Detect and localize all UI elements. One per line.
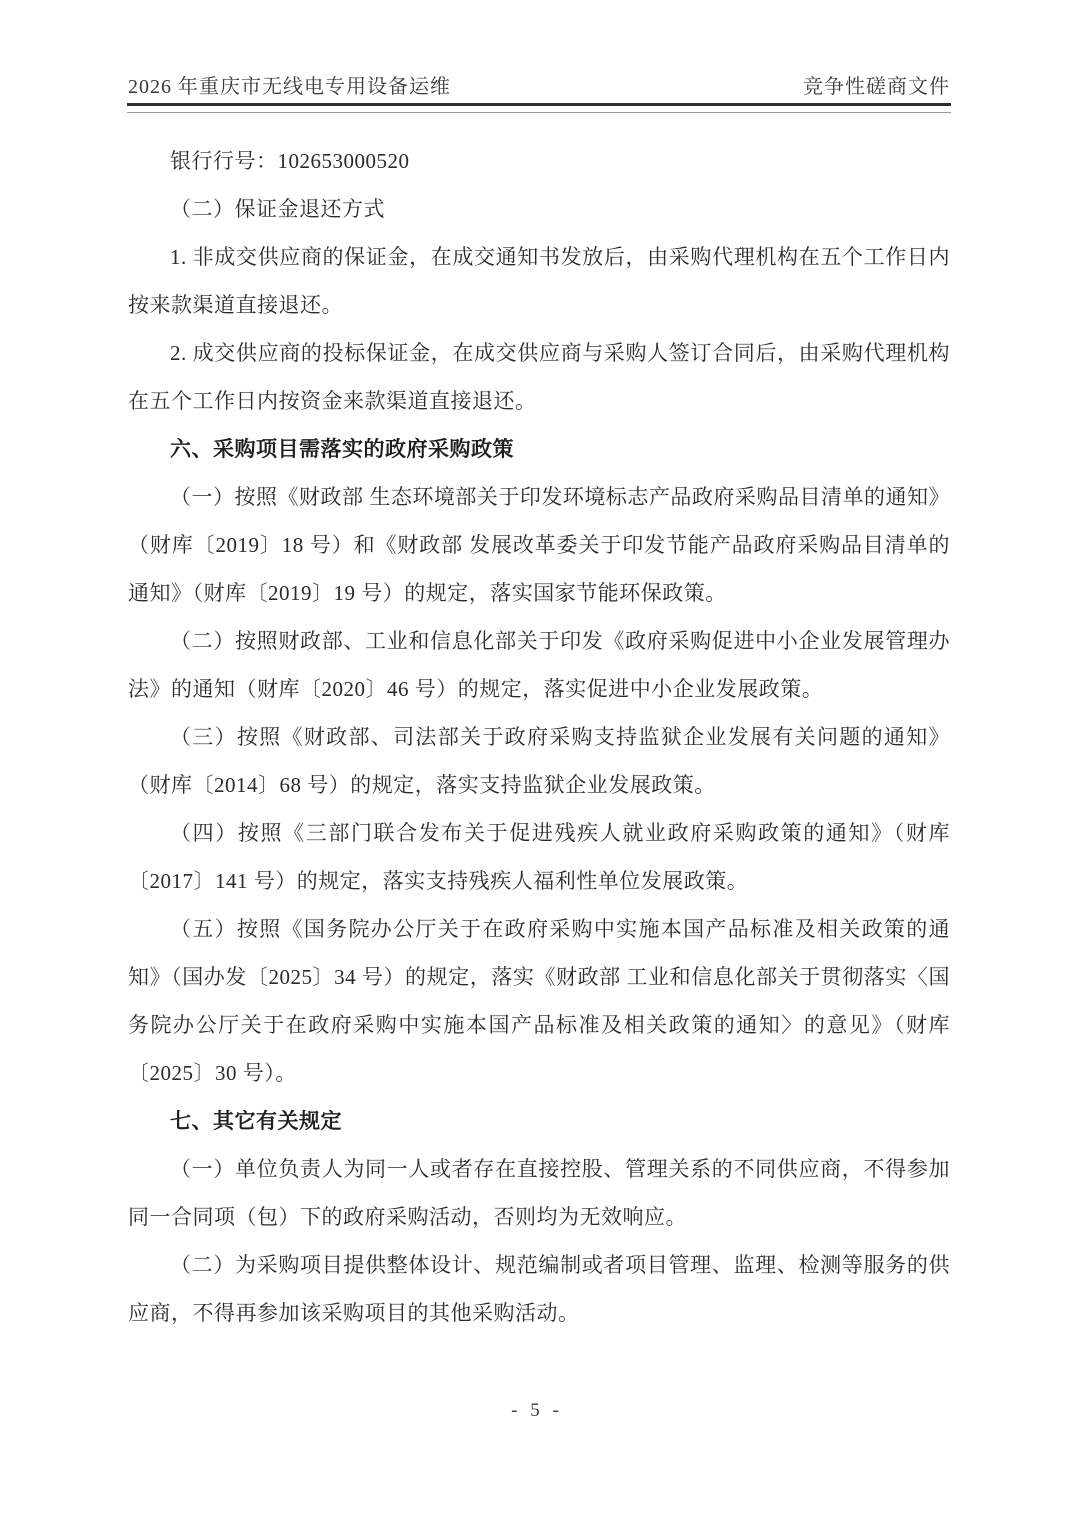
body-paragraph: （三）按照《财政部、司法部关于政府采购支持监狱企业发展有关问题的通知》（财库〔2… [128,713,950,809]
document-page: 2026 年重庆市无线电专用设备运维 竞争性磋商文件 银行行号：10265300… [0,0,1074,1520]
body-paragraph: （一）按照《财政部 生态环境部关于印发环境标志产品政府采购品目清单的通知》（财库… [128,473,950,617]
section-heading: 七、其它有关规定 [128,1097,950,1145]
body-paragraph: （二）保证金退还方式 [128,185,950,233]
body-paragraph: 2. 成交供应商的投标保证金，在成交供应商与采购人签订合同后，由采购代理机构在五… [128,329,950,425]
document-body: 银行行号：102653000520（二）保证金退还方式1. 非成交供应商的保证金… [128,137,950,1337]
body-paragraph: 银行行号：102653000520 [128,137,950,185]
body-paragraph: （二）按照财政部、工业和信息化部关于印发《政府采购促进中小企业发展管理办法》的通… [128,617,950,713]
header-left-title: 2026 年重庆市无线电专用设备运维 [128,70,451,99]
body-paragraph: （一）单位负责人为同一人或者存在直接控股、管理关系的不同供应商，不得参加同一合同… [128,1145,950,1241]
body-paragraph: （四）按照《三部门联合发布关于促进残疾人就业政府采购政策的通知》（财库〔2017… [128,809,950,905]
header-right-title: 竞争性磋商文件 [803,70,950,99]
header-rule-thin [127,112,951,113]
header-rule-thick [127,103,951,106]
page-footer: - 5 - [0,1400,1074,1422]
page-header: 2026 年重庆市无线电专用设备运维 竞争性磋商文件 [128,70,950,99]
body-paragraph: 1. 非成交供应商的保证金，在成交通知书发放后，由采购代理机构在五个工作日内按来… [128,233,950,329]
page-number: - 5 - [511,1400,563,1421]
body-paragraph: （二）为采购项目提供整体设计、规范编制或者项目管理、监理、检测等服务的供应商，不… [128,1241,950,1337]
body-paragraph: （五）按照《国务院办公厅关于在政府采购中实施本国产品标准及相关政策的通知》（国办… [128,905,950,1097]
section-heading: 六、采购项目需落实的政府采购政策 [128,425,950,473]
